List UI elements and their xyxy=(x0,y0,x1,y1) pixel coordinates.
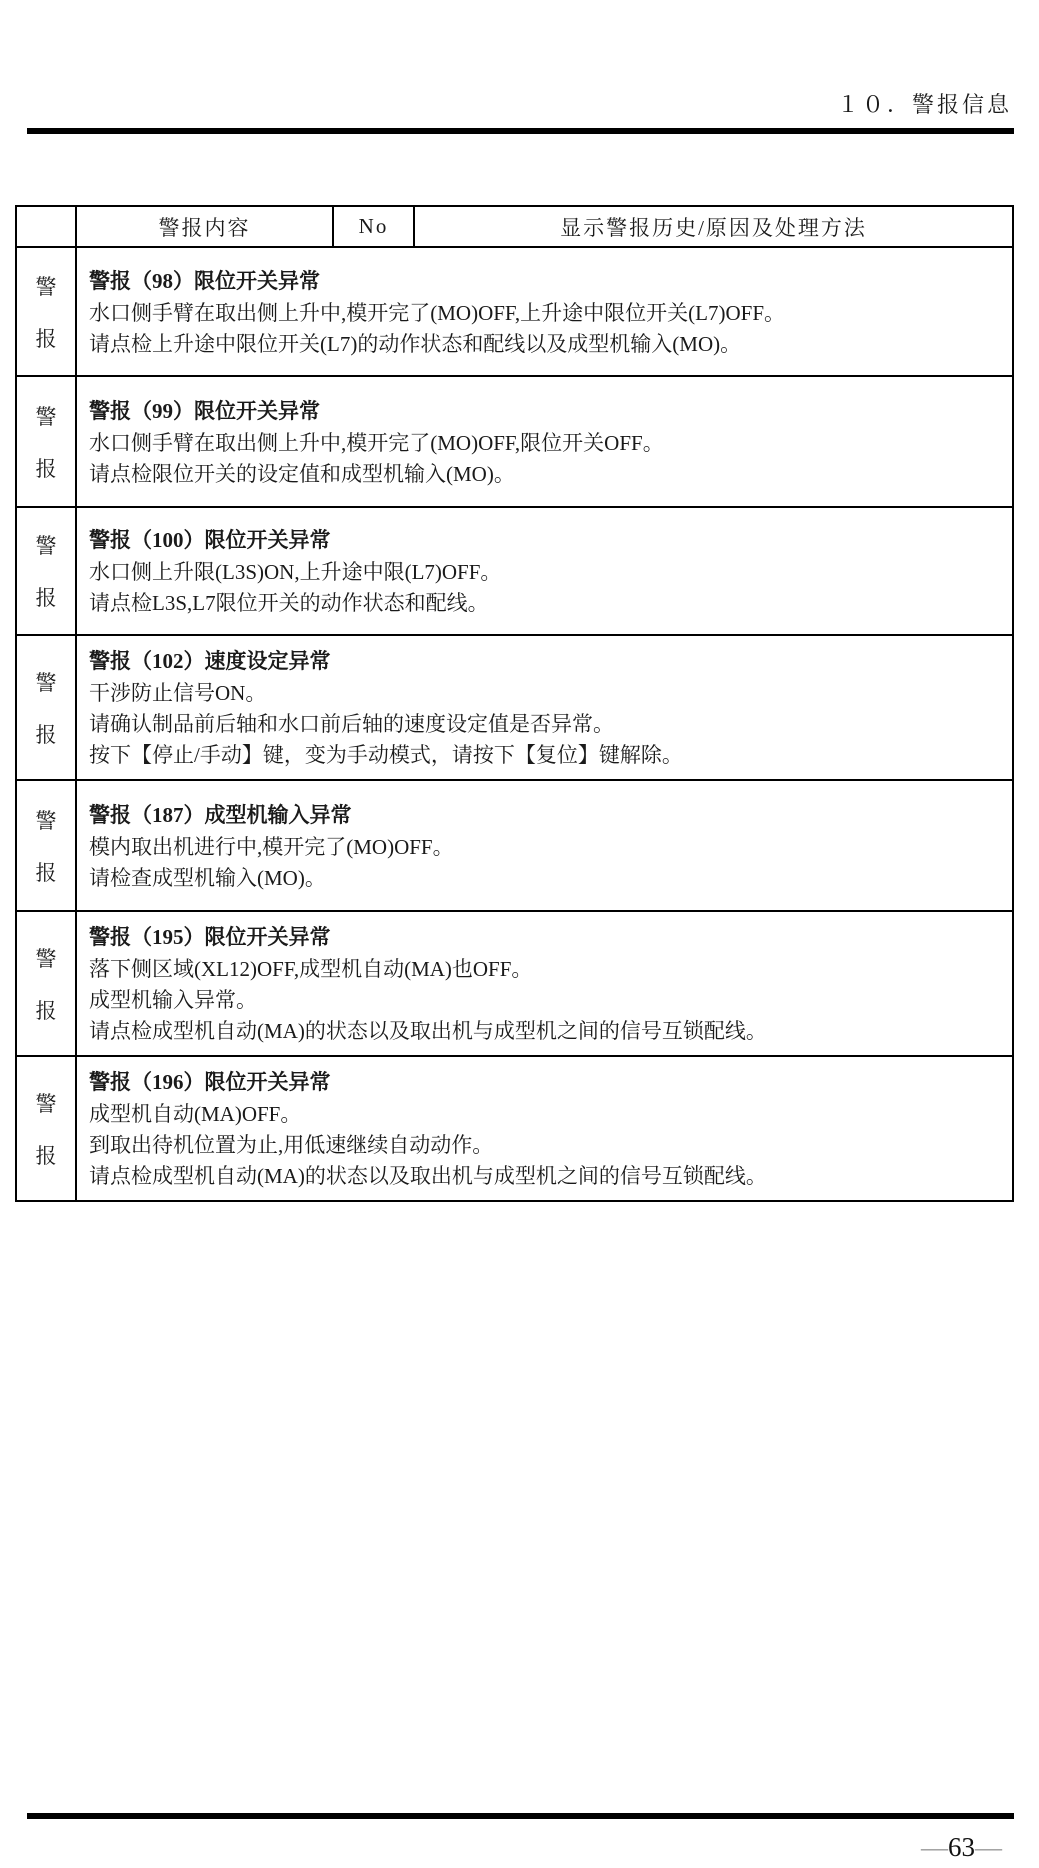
alarm-table: 警报内容 No 显示警报历史/原因及处理方法 警 报 警报（98）限位开关异常 … xyxy=(15,205,1014,1202)
table-row: 警 报 警报（196）限位开关异常 成型机自动(MA)OFF。 到取出待机位置为… xyxy=(17,1057,1012,1200)
alarm-label-char: 警 xyxy=(36,1088,57,1118)
alarm-title: 警报（100）限位开关异常 xyxy=(89,523,1002,557)
table-header-row: 警报内容 No 显示警报历史/原因及处理方法 xyxy=(17,207,1012,248)
alarm-line: 成型机输入异常。 xyxy=(89,985,1002,1016)
alarm-line: 请点检L3S,L7限位开关的动作状态和配线。 xyxy=(89,588,1002,619)
alarm-label-char: 报 xyxy=(36,453,57,483)
alarm-label-char: 警 xyxy=(36,530,57,560)
bottom-rule xyxy=(27,1813,1014,1819)
top-rule xyxy=(27,128,1014,134)
alarm-title: 警报（99）限位开关异常 xyxy=(89,394,1002,428)
page-header-title: １０．警报信息 xyxy=(837,88,1012,119)
alarm-label-cell: 警 报 xyxy=(17,781,77,910)
alarm-content-cell: 警报（187）成型机输入异常 模内取出机进行中,模开完了(MO)OFF。 请检查… xyxy=(77,781,1012,910)
alarm-content-cell: 警报（100）限位开关异常 水口侧上升限(L3S)ON,上升途中限(L7)OFF… xyxy=(77,508,1012,634)
alarm-label-cell: 警 报 xyxy=(17,377,77,506)
alarm-label-char: 警 xyxy=(36,943,57,973)
alarm-label-char: 报 xyxy=(36,719,57,749)
alarm-label-char: 报 xyxy=(36,857,57,887)
alarm-line: 到取出待机位置为止,用低速继续自动动作。 xyxy=(89,1130,1002,1161)
table-row: 警 报 警报（100）限位开关异常 水口侧上升限(L3S)ON,上升途中限(L7… xyxy=(17,508,1012,636)
alarm-label-cell: 警 报 xyxy=(17,508,77,634)
alarm-label-cell: 警 报 xyxy=(17,912,77,1055)
alarm-line: 干涉防止信号ON。 xyxy=(89,678,1002,709)
alarm-line: 请点检成型机自动(MA)的状态以及取出机与成型机之间的信号互锁配线。 xyxy=(89,1016,1002,1047)
page-number-left-dash: — xyxy=(921,1832,948,1862)
page-number-value: 63 xyxy=(948,1832,975,1862)
alarm-title: 警报（98）限位开关异常 xyxy=(89,264,1002,298)
header-cell-blank xyxy=(17,207,77,246)
alarm-line: 按下【停止/手动】键，变为手动模式，请按下【复位】键解除。 xyxy=(89,740,1002,771)
alarm-title: 警报（196）限位开关异常 xyxy=(89,1065,1002,1099)
header-cell-description: 显示警报历史/原因及处理方法 xyxy=(415,207,1012,246)
alarm-label-cell: 警 报 xyxy=(17,1057,77,1200)
alarm-content-cell: 警报（99）限位开关异常 水口侧手臂在取出侧上升中,模开完了(MO)OFF,限位… xyxy=(77,377,1012,506)
alarm-content-cell: 警报（196）限位开关异常 成型机自动(MA)OFF。 到取出待机位置为止,用低… xyxy=(77,1057,1012,1200)
alarm-title: 警报（187）成型机输入异常 xyxy=(89,798,1002,832)
page-number: —63— xyxy=(921,1832,1002,1863)
table-row: 警 报 警报（99）限位开关异常 水口侧手臂在取出侧上升中,模开完了(MO)OF… xyxy=(17,377,1012,508)
alarm-label-char: 报 xyxy=(36,1140,57,1170)
alarm-title: 警报（102）速度设定异常 xyxy=(89,644,1002,678)
header-cell-no: No xyxy=(334,207,415,246)
alarm-line: 成型机自动(MA)OFF。 xyxy=(89,1099,1002,1130)
alarm-line: 请检查成型机输入(MO)。 xyxy=(89,863,1002,894)
table-row: 警 报 警报（187）成型机输入异常 模内取出机进行中,模开完了(MO)OFF。… xyxy=(17,781,1012,912)
alarm-line: 水口侧手臂在取出侧上升中,模开完了(MO)OFF,限位开关OFF。 xyxy=(89,428,1002,459)
alarm-label-char: 警 xyxy=(36,401,57,431)
alarm-line: 水口侧手臂在取出侧上升中,模开完了(MO)OFF,上升途中限位开关(L7)OFF… xyxy=(89,298,1002,329)
alarm-label-char: 报 xyxy=(36,323,57,353)
alarm-line: 请点检上升途中限位开关(L7)的动作状态和配线以及成型机输入(MO)。 xyxy=(89,329,1002,360)
alarm-label-char: 报 xyxy=(36,582,57,612)
alarm-line: 请点检限位开关的设定值和成型机输入(MO)。 xyxy=(89,459,1002,490)
alarm-line: 请点检成型机自动(MA)的状态以及取出机与成型机之间的信号互锁配线。 xyxy=(89,1161,1002,1192)
alarm-line: 落下侧区域(XL12)OFF,成型机自动(MA)也OFF。 xyxy=(89,954,1002,985)
alarm-label-char: 警 xyxy=(36,805,57,835)
header-cell-alarm-content: 警报内容 xyxy=(77,207,334,246)
alarm-content-cell: 警报（102）速度设定异常 干涉防止信号ON。 请确认制品前后轴和水口前后轴的速… xyxy=(77,636,1012,779)
alarm-content-cell: 警报（98）限位开关异常 水口侧手臂在取出侧上升中,模开完了(MO)OFF,上升… xyxy=(77,248,1012,375)
page-number-right-dash: — xyxy=(975,1832,1002,1862)
alarm-label-cell: 警 报 xyxy=(17,248,77,375)
table-row: 警 报 警报（98）限位开关异常 水口侧手臂在取出侧上升中,模开完了(MO)OF… xyxy=(17,248,1012,377)
alarm-content-cell: 警报（195）限位开关异常 落下侧区域(XL12)OFF,成型机自动(MA)也O… xyxy=(77,912,1012,1055)
alarm-line: 模内取出机进行中,模开完了(MO)OFF。 xyxy=(89,832,1002,863)
alarm-line: 水口侧上升限(L3S)ON,上升途中限(L7)OFF。 xyxy=(89,557,1002,588)
table-row: 警 报 警报（195）限位开关异常 落下侧区域(XL12)OFF,成型机自动(M… xyxy=(17,912,1012,1057)
alarm-label-char: 警 xyxy=(36,667,57,697)
alarm-title: 警报（195）限位开关异常 xyxy=(89,920,1002,954)
alarm-label-cell: 警 报 xyxy=(17,636,77,779)
alarm-label-char: 报 xyxy=(36,995,57,1025)
table-row: 警 报 警报（102）速度设定异常 干涉防止信号ON。 请确认制品前后轴和水口前… xyxy=(17,636,1012,781)
alarm-line: 请确认制品前后轴和水口前后轴的速度设定值是否异常。 xyxy=(89,709,1002,740)
manual-page: １０．警报信息 警报内容 No 显示警报历史/原因及处理方法 警 报 警报（98… xyxy=(0,0,1039,1868)
alarm-label-char: 警 xyxy=(36,271,57,301)
